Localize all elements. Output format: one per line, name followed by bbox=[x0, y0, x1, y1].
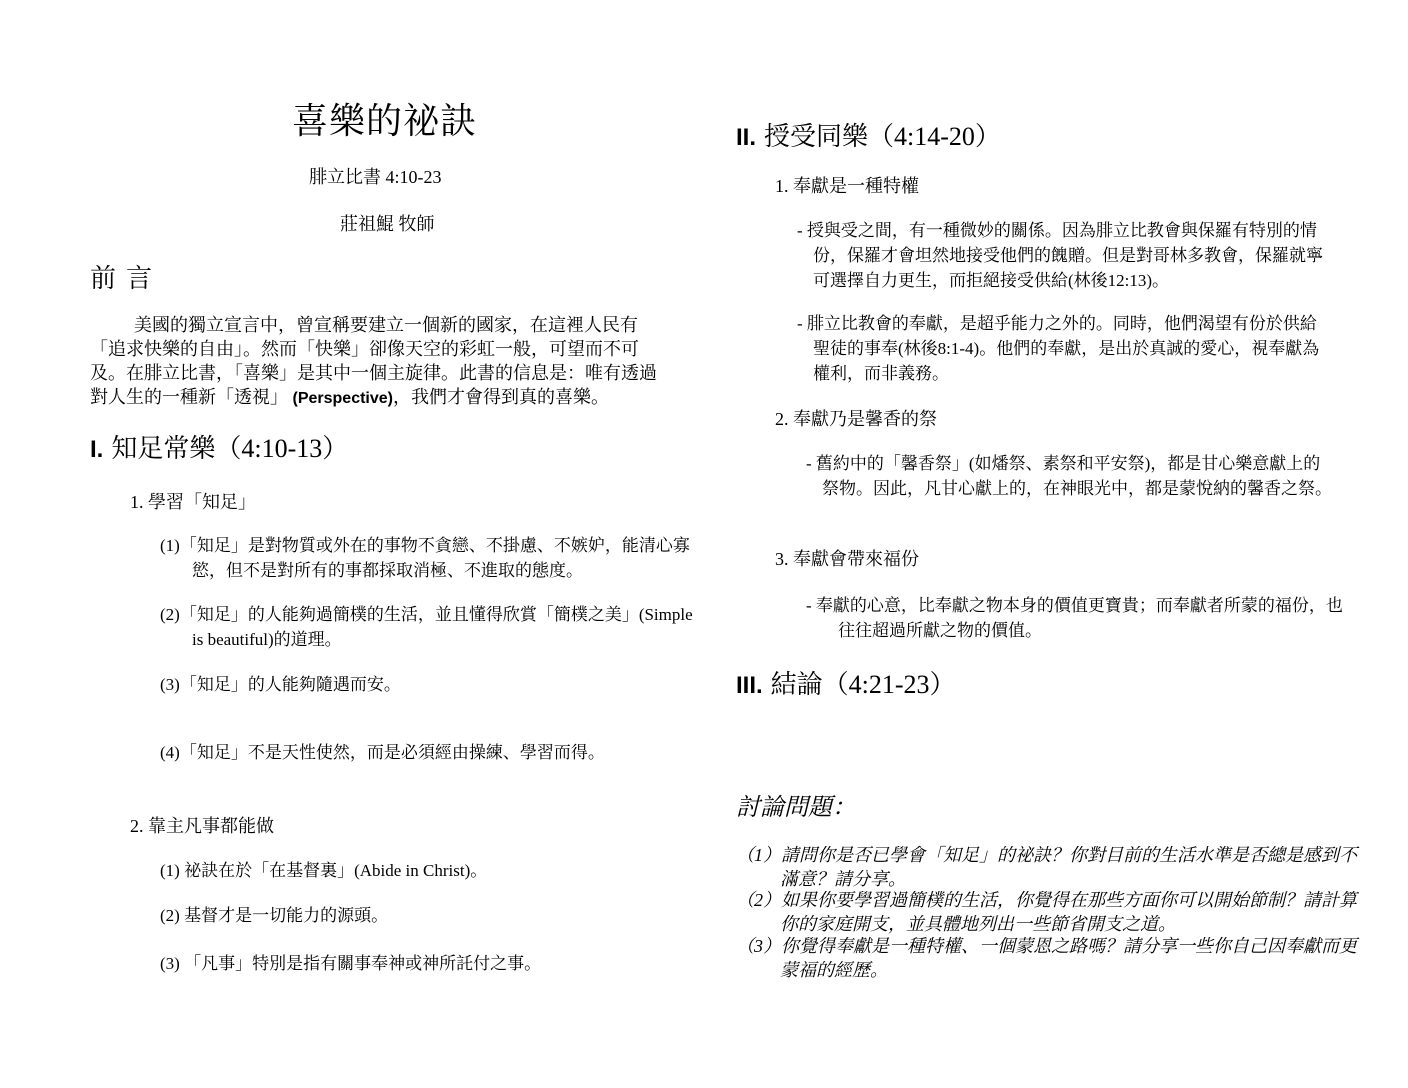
intro-text-en: (Perspective) bbox=[293, 390, 394, 407]
section-1-sub-2-item-1: (1) 祕訣在於「在基督裏」(Abide in Christ)。 bbox=[160, 858, 487, 883]
discussion-question-2: （2）如果你要學習過簡樸的生活，你覺得在那些方面你可以開始節制？請計算你的家庭開… bbox=[736, 888, 1360, 936]
discussion-heading: 討論問題： bbox=[736, 787, 856, 822]
speaker-name: 莊祖鯤 牧師 bbox=[340, 210, 435, 236]
section-1-sub-2: 2. 靠主凡事都能做 bbox=[130, 812, 274, 838]
section-1-sub-1-item-4: (4)「知足」不是天性使然，而是必須經由操練、學習而得。 bbox=[160, 740, 605, 765]
section-2-sub-1: 1. 奉獻是一種特權 bbox=[775, 172, 919, 198]
section-3-numeral: III. bbox=[736, 672, 763, 699]
section-2-numeral: II. bbox=[736, 124, 756, 151]
section-1-sub-1: 1. 學習「知足」 bbox=[130, 488, 256, 514]
section-2-sub-3: 3. 奉獻會帶來福份 bbox=[775, 545, 919, 571]
section-2-title: 授受同樂（4:14-20） bbox=[764, 122, 1001, 151]
section-2-sub-1-item-2: - 腓立比教會的奉獻，是超乎能力之外的。同時，他們渴望有份於供給聖徒的事奉(林後… bbox=[797, 311, 1333, 386]
section-3-heading: III.結論（4:21-23） bbox=[736, 664, 956, 701]
section-1-sub-2-item-3: (3) 「凡事」特別是指有關事奉神或神所託付之事。 bbox=[160, 951, 541, 976]
discussion-question-1: （1）請問你是否已學會「知足」的祕訣？你對目前的生活水準是否總是感到不滿意？請分… bbox=[736, 843, 1360, 891]
document-title: 喜樂的祕訣 bbox=[292, 93, 477, 144]
scripture-reference: 腓立比書 4:10-23 bbox=[309, 163, 442, 189]
section-2-sub-1-item-1: - 授與受之間，有一種微妙的關係。因為腓立比教會與保羅有特別的情份，保羅才會坦然… bbox=[797, 218, 1333, 293]
section-2-sub-2-item-1: - 舊約中的「馨香祭」(如燔祭、素祭和平安祭)，都是甘心樂意獻上的祭物。因此，凡… bbox=[806, 451, 1332, 501]
section-1-sub-1-item-1: (1)「知足」是對物質或外在的事物不貪戀、不掛慮、不嫉妒，能清心寡慾，但不是對所… bbox=[160, 533, 702, 583]
section-1-numeral: I. bbox=[90, 436, 103, 463]
section-1-heading: I.知足常樂（4:10-13） bbox=[90, 428, 348, 465]
section-1-title: 知足常樂（4:10-13） bbox=[111, 434, 348, 463]
section-1-sub-1-item-3: (3)「知足」的人能夠隨遇而安。 bbox=[160, 672, 401, 697]
section-2-heading: II.授受同樂（4:14-20） bbox=[736, 116, 1001, 153]
discussion-question-3: （3）你覺得奉獻是一種特權、一個蒙恩之路嗎？請分享一些你自己因奉獻而更蒙福的經歷… bbox=[736, 934, 1360, 982]
intro-heading: 前言 bbox=[90, 258, 162, 295]
section-1-sub-1-item-2: (2)「知足」的人能夠過簡樸的生活，並且懂得欣賞「簡樸之美」(Simple is… bbox=[160, 602, 702, 652]
section-2-sub-2: 2. 奉獻乃是馨香的祭 bbox=[775, 405, 937, 431]
intro-paragraph: 美國的獨立宣言中，曾宣稱要建立一個新的國家，在這裡人民有「追求快樂的自由」。然而… bbox=[90, 313, 672, 411]
section-2-sub-3-item-1: - 奉獻的心意，比奉獻之物本身的價值更寶貴；而奉獻者所蒙的福份，也往往超過所獻之… bbox=[806, 593, 1348, 643]
section-3-title: 結論（4:21-23） bbox=[771, 670, 956, 699]
intro-text-post: ，我們才會得到真的喜樂。 bbox=[393, 387, 609, 407]
section-1-sub-2-item-2: (2) 基督才是一切能力的源頭。 bbox=[160, 903, 388, 928]
